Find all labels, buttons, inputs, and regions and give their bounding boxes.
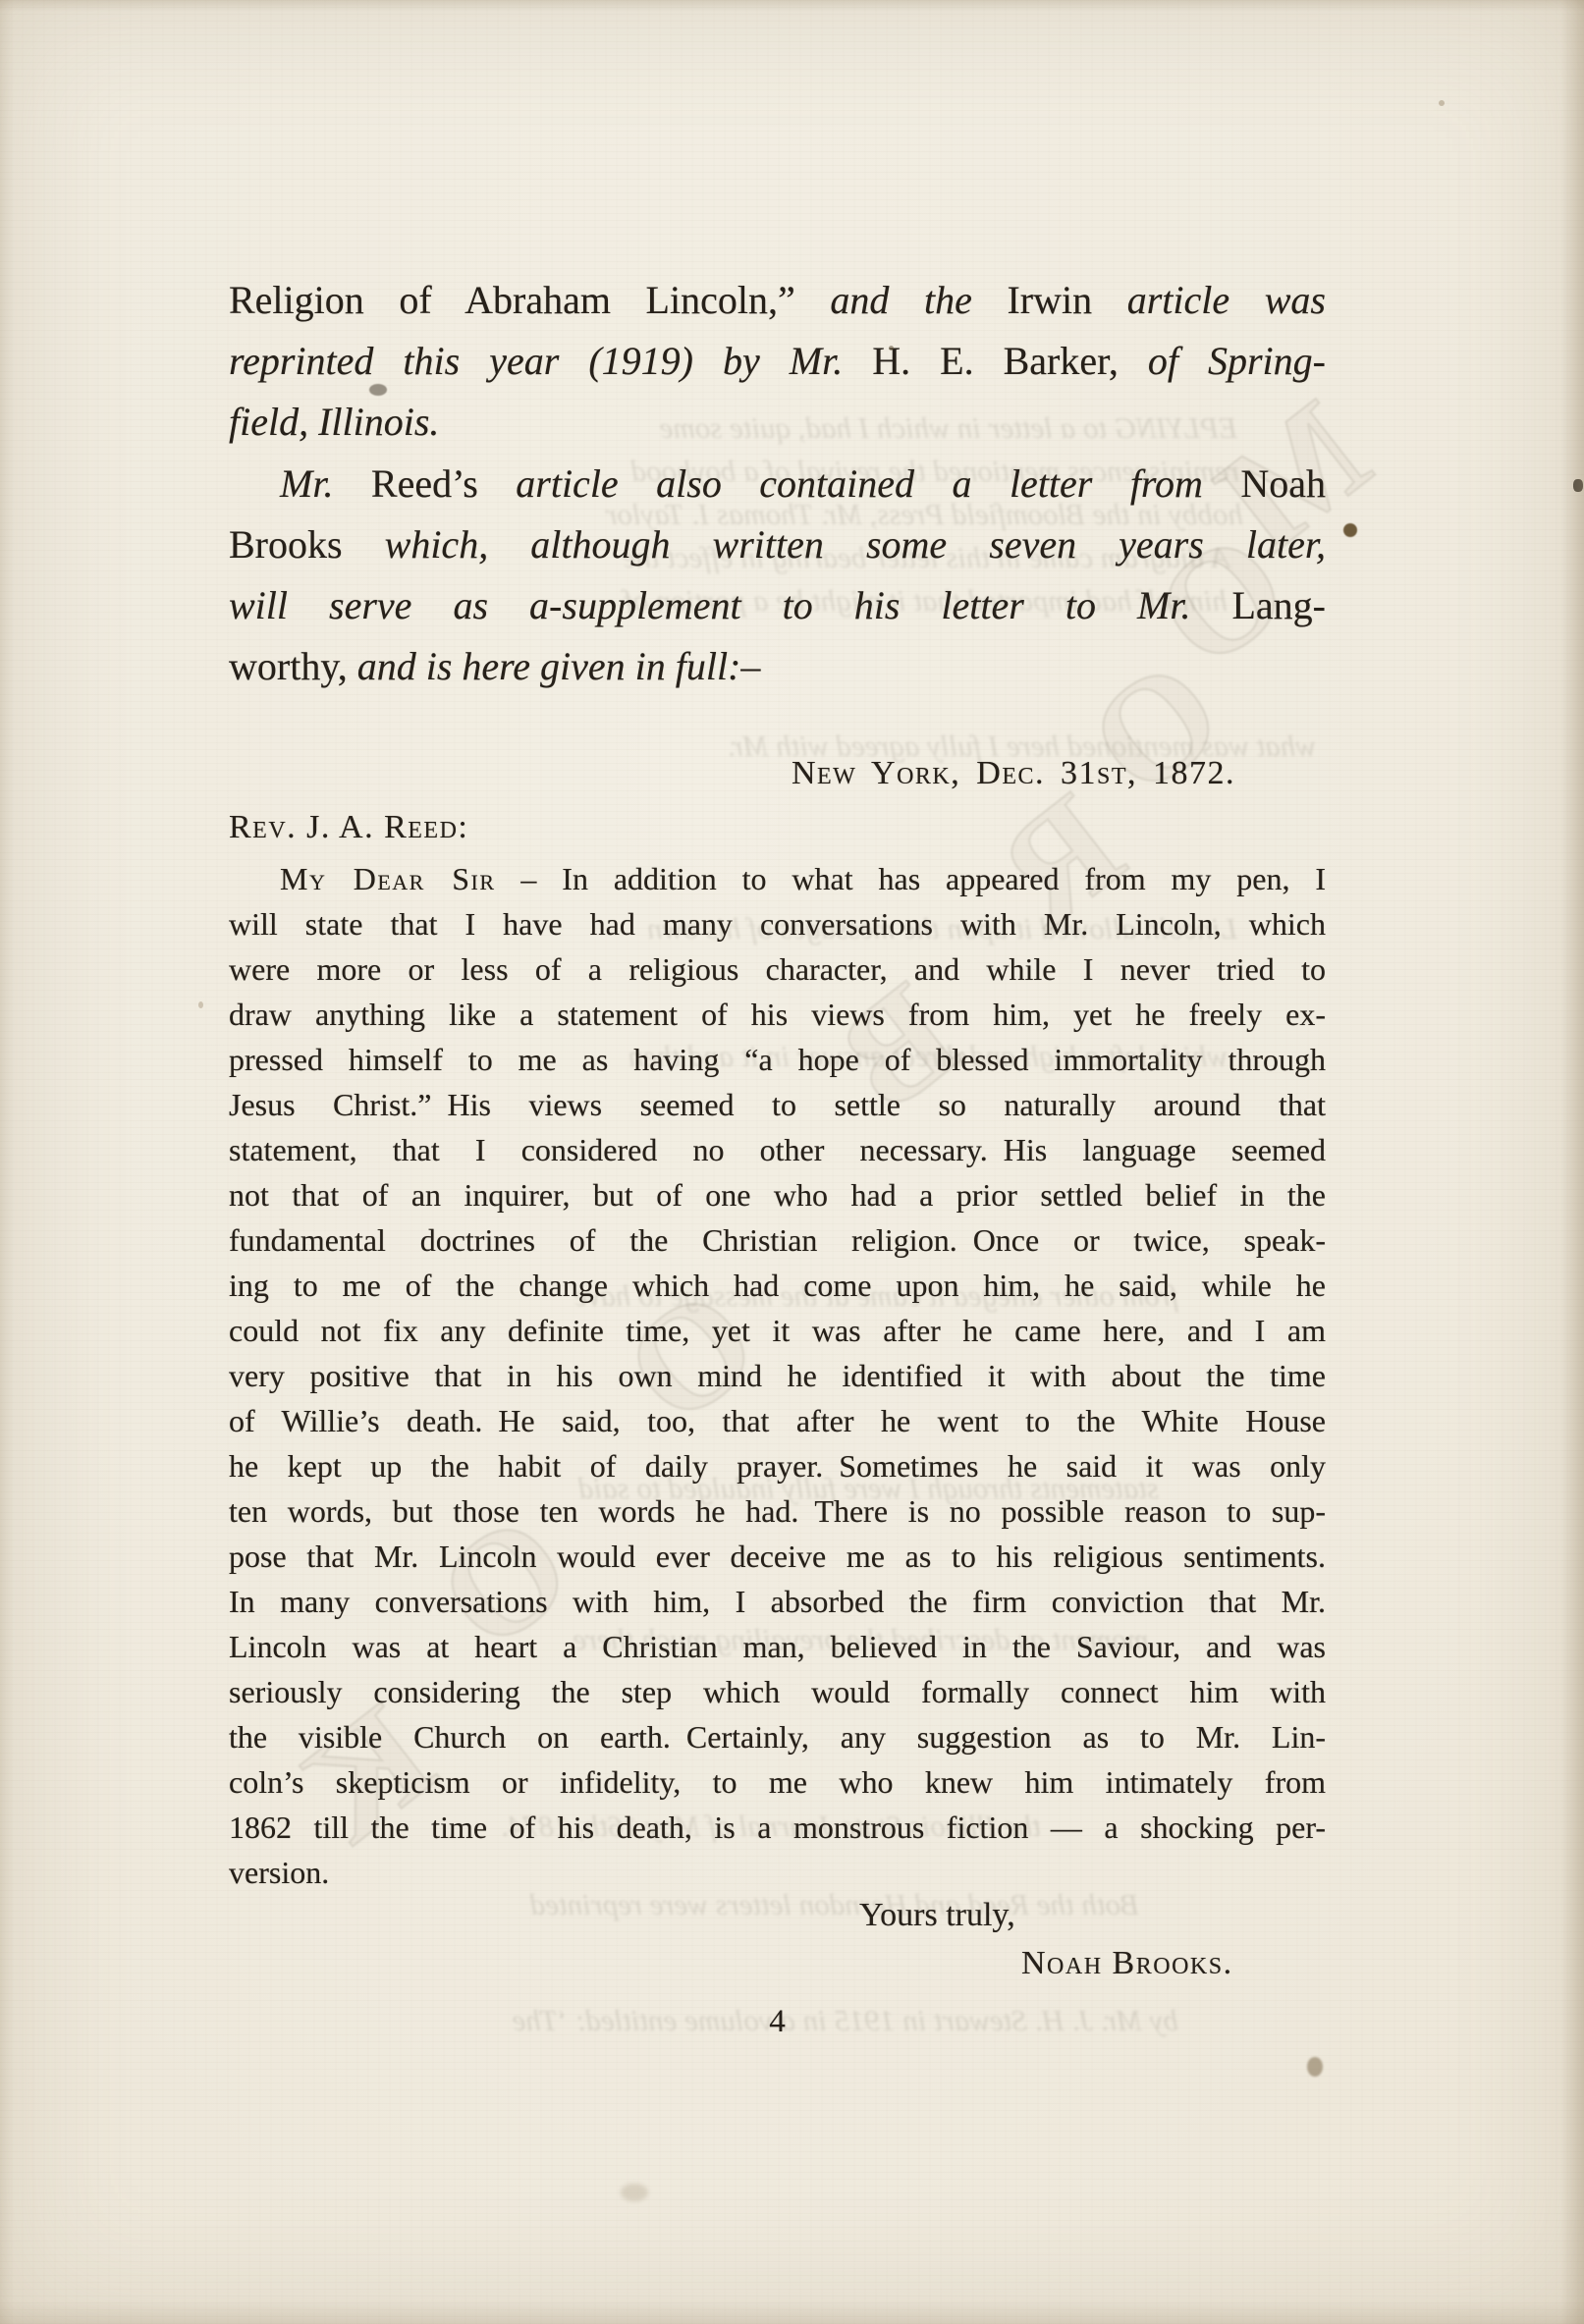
text-segment: will state that I have had many conversa…	[229, 906, 1326, 942]
scan-edge-shadow-left	[0, 0, 14, 2324]
text-segment: could not fix any definite time, yet it …	[229, 1313, 1326, 1348]
text-segment: In many conversations with him, I absorb…	[229, 1584, 1326, 1619]
intro-paragraph-2: Mr. Reed’s article also contained a lett…	[229, 454, 1326, 697]
text-line: fundamental doctrines of the Christian r…	[229, 1217, 1326, 1263]
foxing-spot	[198, 1001, 203, 1008]
text-segment: worthy,	[229, 644, 357, 688]
text-line: coln’s skepticism or infidelity, to me w…	[229, 1759, 1326, 1805]
letter-signature: Noah Brooks.	[1021, 1941, 1326, 1986]
text-segment: of Willie’s death. He said, too, that af…	[229, 1403, 1326, 1438]
text-line: statement, that I considered no other ne…	[229, 1127, 1326, 1172]
letter-closing: Yours truly,	[859, 1893, 1321, 1938]
text-segment: Irwin	[1007, 278, 1126, 322]
intro-paragraph-1: Religion of Abraham Lincoln,” and the Ir…	[229, 270, 1326, 453]
text-line: the visible Church on earth. Certainly, …	[229, 1714, 1326, 1759]
text-segment: Mr.	[280, 461, 371, 506]
page-number: 4	[229, 2001, 1326, 2042]
text-segment: were more or less of a religious charact…	[229, 951, 1326, 987]
text-line: Noah Brooks.	[1021, 1941, 1326, 1986]
text-line: will state that I have had many conversa…	[229, 901, 1326, 946]
faint-stain	[621, 2184, 648, 2201]
text-segment: coln’s skepticism or infidelity, to me w…	[229, 1764, 1326, 1800]
text-line: he kept up the habit of daily prayer. So…	[229, 1443, 1326, 1488]
text-line: Jesus Christ.” His views seemed to settl…	[229, 1082, 1326, 1127]
text-segment: article was	[1127, 278, 1326, 322]
text-line: could not fix any definite time, yet it …	[229, 1308, 1326, 1353]
text-line: draw anything like a statement of his vi…	[229, 992, 1326, 1037]
text-line: Rev. J. A. Reed:	[229, 805, 1326, 850]
text-line: were more or less of a religious charact…	[229, 946, 1326, 992]
text-line: pressed himself to me as having “a hope …	[229, 1037, 1326, 1082]
text-segment: and the	[830, 278, 1007, 322]
text-segment: ten words, but those ten words he had. T…	[229, 1493, 1326, 1529]
foxing-spot	[1307, 2057, 1323, 2077]
text-line: seriously considering the step which wou…	[229, 1669, 1326, 1714]
letter-body: My Dear Sir – In addition to what has ap…	[229, 856, 1326, 1895]
text-segment: Religion of Abraham Lincoln,”	[229, 278, 830, 322]
text-segment: Noah	[1240, 461, 1326, 506]
text-segment: draw anything like a statement of his vi…	[229, 997, 1326, 1032]
text-line: 1862 till the time of his death, is a mo…	[229, 1805, 1326, 1850]
book-page-scan: { "page": { "folio": "4", "paper_color":…	[0, 0, 1584, 2324]
text-line: field, Illinois.	[229, 392, 1326, 453]
text-segment: seriously considering the step which wou…	[229, 1674, 1326, 1709]
text-segment: H. E. Barker,	[872, 339, 1148, 383]
text-segment: he kept up the habit of daily prayer. So…	[229, 1448, 1326, 1484]
text-line: Lincoln was at heart a Christian man, be…	[229, 1624, 1326, 1669]
text-line: very positive that in his own mind he id…	[229, 1353, 1326, 1398]
text-segment: Noah Brooks.	[1021, 1945, 1233, 1981]
text-segment: Lang-	[1231, 583, 1326, 627]
text-segment: and is here given in full:–	[357, 644, 761, 688]
scan-edge-shadow-top	[0, 0, 1584, 12]
text-line: New York, Dec. 31st, 1872.	[229, 751, 1235, 796]
text-segment: fundamental doctrines of the Christian r…	[229, 1222, 1326, 1258]
foxing-spot	[1343, 523, 1357, 537]
text-segment: pose that Mr. Lincoln would ever deceive…	[229, 1539, 1326, 1574]
text-segment: Yours truly,	[859, 1897, 1015, 1933]
text-segment: will serve as a-supplement to his letter…	[229, 583, 1231, 627]
text-line: version.	[229, 1850, 1326, 1895]
text-line: Religion of Abraham Lincoln,” and the Ir…	[229, 270, 1326, 331]
text-segment: statement, that I considered no other ne…	[229, 1132, 1326, 1167]
text-segment: Rev. J. A. Reed:	[229, 809, 468, 845]
text-segment: not that of an inquirer, but of one who …	[229, 1177, 1326, 1213]
text-line: Mr. Reed’s article also contained a lett…	[229, 454, 1326, 514]
text-segment: of Spring-	[1148, 339, 1326, 383]
text-segment: Brooks	[229, 522, 385, 567]
text-segment: My Dear Sir	[280, 861, 496, 896]
scan-edge-shadow-right	[1560, 0, 1584, 2324]
letter-dateline: New York, Dec. 31st, 1872.	[229, 751, 1326, 796]
text-line: worthy, and is here given in full:–	[229, 636, 1326, 697]
text-segment: Lincoln was at heart a Christian man, be…	[229, 1629, 1326, 1664]
text-line: not that of an inquirer, but of one who …	[229, 1172, 1326, 1217]
text-segment: which, although written some seven years…	[385, 522, 1326, 567]
letter-salutation: Rev. J. A. Reed:	[229, 805, 1326, 850]
text-segment: the visible Church on earth. Certainly, …	[229, 1719, 1326, 1755]
scan-edge-shadow-bottom	[0, 2300, 1584, 2324]
text-segment: New York, Dec. 31st, 1872.	[792, 755, 1235, 791]
text-line: ten words, but those ten words he had. T…	[229, 1488, 1326, 1534]
text-segment: reprinted this year (1919) by Mr.	[229, 339, 872, 383]
text-segment: article also contained a letter from	[516, 461, 1240, 506]
text-segment: very positive that in his own mind he id…	[229, 1358, 1326, 1393]
text-segment: 1862 till the time of his death, is a mo…	[229, 1810, 1326, 1845]
text-line: In many conversations with him, I absorb…	[229, 1579, 1326, 1624]
text-line: will serve as a-supplement to his letter…	[229, 575, 1326, 636]
text-segment: pressed himself to me as having “a hope …	[229, 1042, 1326, 1077]
text-line: reprinted this year (1919) by Mr. H. E. …	[229, 331, 1326, 392]
text-segment: – In addition to what has appeared from …	[496, 861, 1326, 896]
text-line: ing to me of the change which had come u…	[229, 1263, 1326, 1308]
foxing-spot	[1439, 100, 1445, 106]
text-segment: field, Illinois.	[229, 400, 439, 444]
text-line: Brooks which, although written some seve…	[229, 514, 1326, 575]
text-line: pose that Mr. Lincoln would ever deceive…	[229, 1534, 1326, 1579]
text-segment: Reed’s	[371, 461, 516, 506]
text-segment: ing to me of the change which had come u…	[229, 1268, 1326, 1303]
text-line: My Dear Sir – In addition to what has ap…	[229, 856, 1326, 901]
text-segment: Jesus Christ.” His views seemed to settl…	[229, 1087, 1326, 1122]
text-segment: version.	[229, 1855, 329, 1890]
text-line: of Willie’s death. He said, too, that af…	[229, 1398, 1326, 1443]
text-line: Yours truly,	[859, 1893, 1321, 1938]
